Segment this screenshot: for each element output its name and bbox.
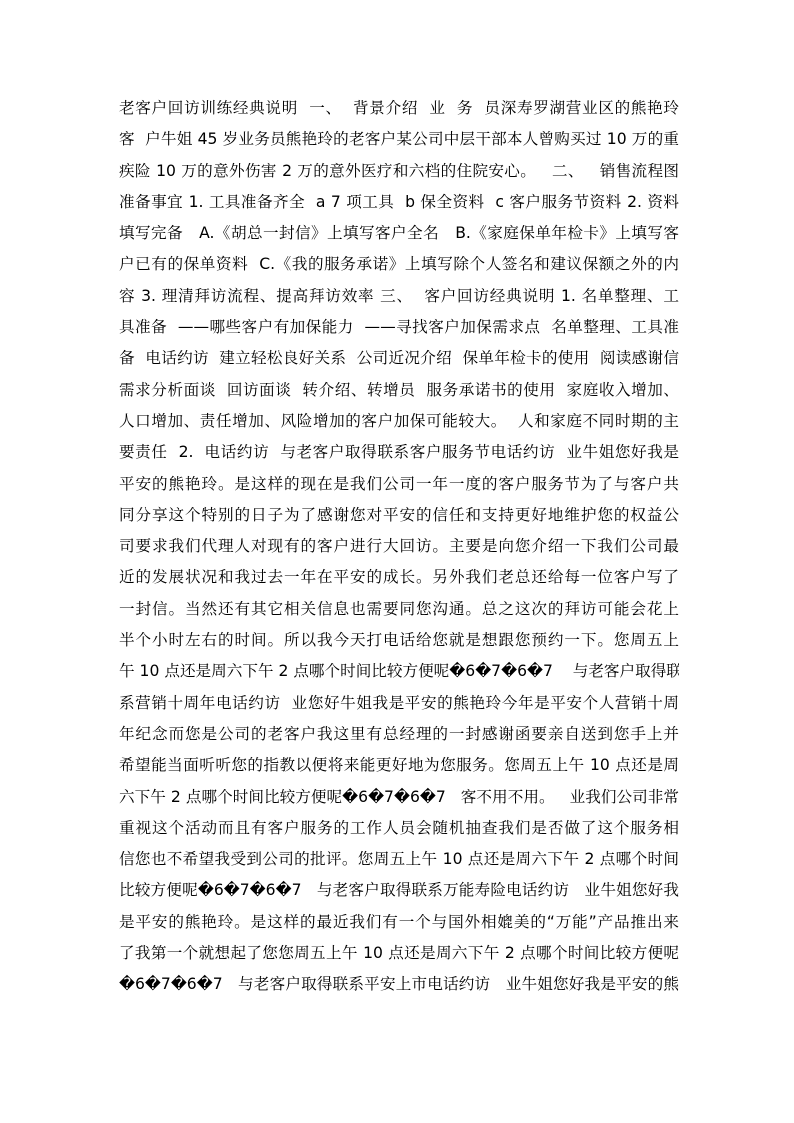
text-line: 六下午 2 点哪个时间比较方便呢�6�7�6�7 客不用不用。 业我们公司非常: [119, 782, 679, 813]
text-line: 一封信。当然还有其它相关信息也需要同您沟通。总之这次的拜访可能会花上: [119, 594, 679, 625]
text-line: 系营销十周年电话约访 业您好牛姐我是平安的熊艳玲今年是平安个人营销十周: [119, 688, 679, 719]
text-line: 比较方便呢�6�7�6�7 与老客户取得联系万能寿险电话约访 业牛姐您好我: [119, 875, 679, 906]
text-line: 填写完备 A.《胡总一封信》上填写客户全名 B.《家庭保单年检卡》上填写客: [119, 218, 679, 249]
text-line: 年纪念而您是公司的老客户我这里有总经理的一封感谢函要亲自送到您手上并: [119, 719, 679, 750]
text-line: 是平安的熊艳玲。是这样的最近我们有一个与国外相媲美的“万能”产品推出来: [119, 907, 679, 938]
text-line: 人口增加、责任增加、风险增加的客户加保可能较大。 人和家庭不同时期的主: [119, 406, 679, 437]
text-line: 老客户回访训练经典说明 一、 背景介绍 业 务 员深寿罗湖营业区的熊艳玲: [119, 93, 679, 124]
text-line: 午 10 点还是周六下午 2 点哪个时间比较方便呢�6�7�6�7 与老客户取得…: [119, 656, 679, 687]
text-line: 要责任 2. 电话约访 与老客户取得联系客户服务节电话约访 业牛姐您好我是: [119, 437, 679, 468]
text-line: 了我第一个就想起了您您周五上午 10 点还是周六下午 2 点哪个时间比较方便呢: [119, 938, 679, 969]
text-line: �6�7�6�7 与老客户取得联系平安上市电话约访 业牛姐您好我是平安的熊: [119, 969, 679, 1000]
text-line: 司要求我们代理人对现有的客户进行大回访。主要是向您介绍一下我们公司最: [119, 531, 679, 562]
text-line: 近的发展状况和我过去一年在平安的成长。另外我们老总还给每一位客户写了: [119, 562, 679, 593]
text-line: 户已有的保单资料 C.《我的服务承诺》上填写除个人签名和建议保额之外的内: [119, 249, 679, 280]
text-line: 信您也不希望我受到公司的批评。您周五上午 10 点还是周六下午 2 点哪个时间: [119, 844, 679, 875]
text-line: 客 户牛姐 45 岁业务员熊艳玲的老客户某公司中层干部本人曾购买过 10 万的重: [119, 124, 679, 155]
text-line: 备 电话约访 建立轻松良好关系 公司近况介绍 保单年检卡的使用 阅读感谢信: [119, 343, 679, 374]
text-line: 具准备 ——哪些客户有加保能力 ——寻找客户加保需求点 名单整理、工具准: [119, 312, 679, 343]
text-line: 需求分析面谈 回访面谈 转介绍、转增员 服务承诺书的使用 家庭收入增加、: [119, 375, 679, 406]
text-line: 同分享这个特别的日子为了感谢您对平安的信任和支持更好地维护您的权益公: [119, 500, 679, 531]
text-line: 重视这个活动而且有客户服务的工作人员会随机抽查我们是否做了这个服务相: [119, 813, 679, 844]
text-line: 希望能当面听听您的指教以便将来能更好地为您服务。您周五上午 10 点还是周: [119, 750, 679, 781]
text-line: 容 3. 理清拜访流程、提高拜访效率 三、 客户回访经典说明 1. 名单整理、工: [119, 281, 679, 312]
document-page: 老客户回访训练经典说明 一、 背景介绍 业 务 员深寿罗湖营业区的熊艳玲 客 户…: [119, 93, 679, 1001]
text-line: 准备事宜 1. 工具准备齐全 a 7 项工具 b 保全资料 c 客户服务节资料 …: [119, 187, 679, 218]
text-line: 平安的熊艳玲。是这样的现在是我们公司一年一度的客户服务节为了与客户共: [119, 469, 679, 500]
text-line: 半个小时左右的时间。所以我今天打电话给您就是想跟您预约一下。您周五上: [119, 625, 679, 656]
text-line: 疾险 10 万的意外伤害 2 万的意外医疗和六档的住院安心。 二、 销售流程图: [119, 156, 679, 187]
